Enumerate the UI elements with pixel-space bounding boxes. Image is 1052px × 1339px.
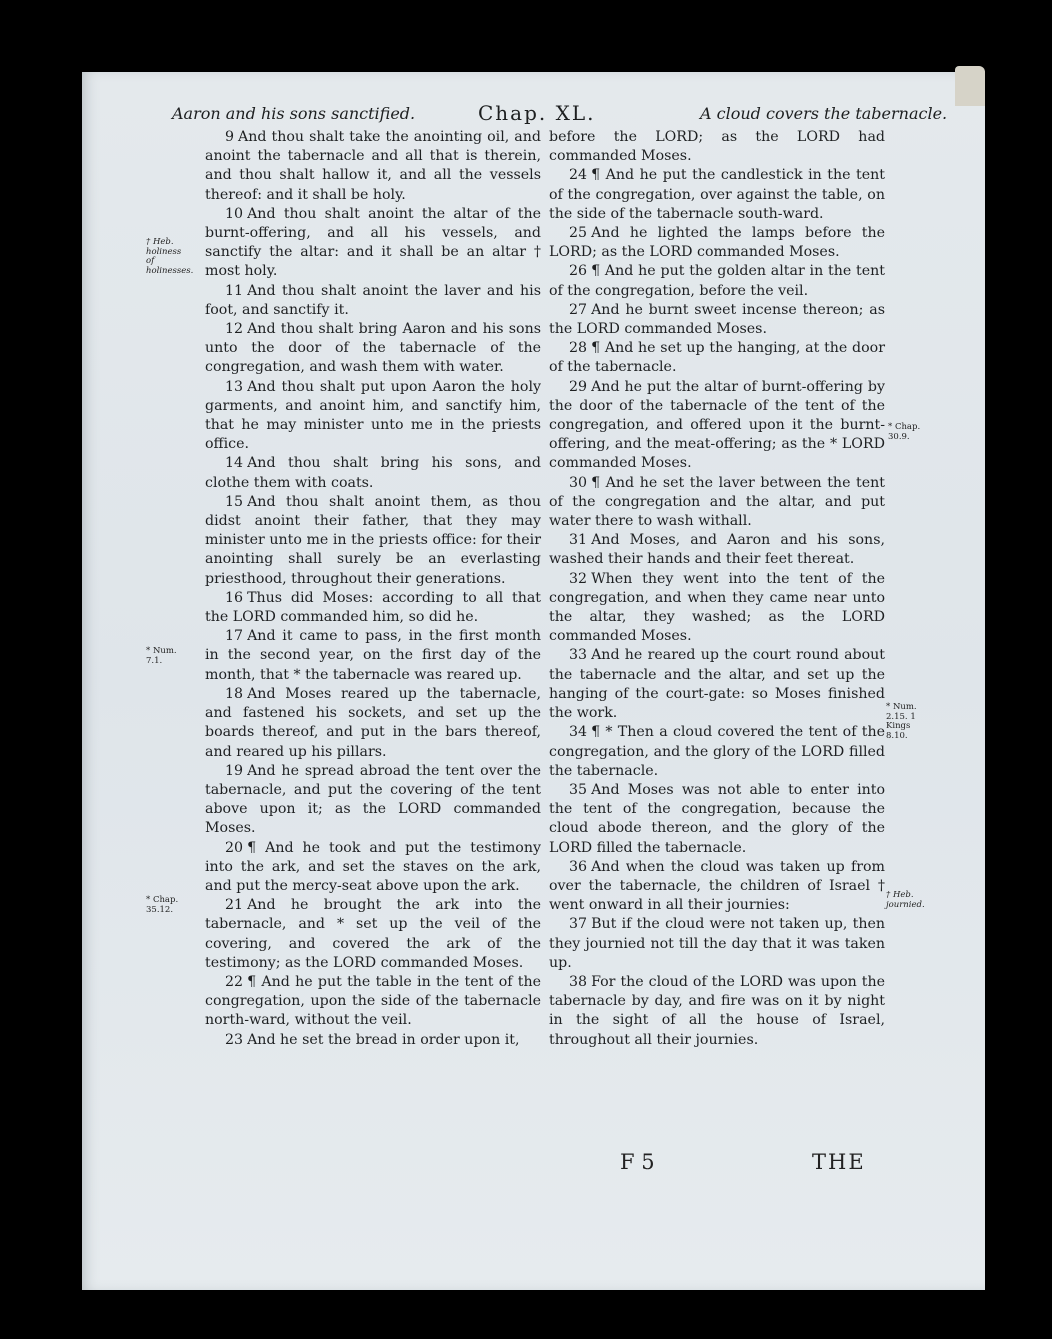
verse: 36And when the cloud was taken up from o… bbox=[549, 858, 885, 916]
verse: 15And thou shalt anoint them, as thou di… bbox=[205, 493, 541, 589]
running-head-left: Aaron and his sons sanctified. bbox=[172, 104, 415, 123]
verse: 18And Moses reared up the tabernacle, an… bbox=[205, 685, 541, 762]
margin-note-num-7-1: * Num. 7.1. bbox=[146, 647, 186, 666]
verse: 35And Moses was not able to enter into t… bbox=[549, 781, 885, 858]
verse: 17And it came to pass, in the first mont… bbox=[205, 627, 541, 685]
verse: 12And thou shalt bring Aaron and his son… bbox=[205, 320, 541, 378]
verse: 9And thou shalt take the anointing oil, … bbox=[205, 128, 541, 205]
verse: 38For the cloud of the LORD was upon the… bbox=[549, 973, 885, 1050]
verse: 31And Moses, and Aaron and his sons, was… bbox=[549, 531, 885, 569]
verse: 28¶ And he set up the hanging, at the do… bbox=[549, 339, 885, 377]
verse: 19And he spread abroad the tent over the… bbox=[205, 762, 541, 839]
verse: 32When they went into the tent of the co… bbox=[549, 570, 885, 647]
verse: 30¶ And he set the laver between the ten… bbox=[549, 474, 885, 532]
catchword: THE bbox=[812, 1150, 866, 1174]
verse: 20¶ And he took and put the testimony in… bbox=[205, 839, 541, 897]
verse: 24¶ And he put the candlestick in the te… bbox=[549, 166, 885, 224]
verse: 26¶ And he put the golden altar in the t… bbox=[549, 262, 885, 300]
verse: 14And thou shalt bring his sons, and clo… bbox=[205, 454, 541, 492]
signature-mark: F 5 bbox=[620, 1150, 655, 1174]
verse-continuation: before the LORD; as the LORD had command… bbox=[549, 128, 885, 166]
verse: 34¶ * Then a cloud covered the tent of t… bbox=[549, 723, 885, 781]
verse: 25And he lighted the lamps before the LO… bbox=[549, 224, 885, 262]
verse: 10And thou shalt anoint the altar of the… bbox=[205, 205, 541, 282]
verse: 23And he set the bread in order upon it, bbox=[205, 1031, 541, 1050]
verse: 13And thou shalt put upon Aaron the holy… bbox=[205, 378, 541, 455]
verse: 22¶ And he put the table in the tent of … bbox=[205, 973, 541, 1031]
verse: 33And he reared up the court round about… bbox=[549, 646, 885, 723]
verse: 37But if the cloud were not taken up, th… bbox=[549, 915, 885, 973]
chapter-heading: Chap. XL. bbox=[478, 101, 596, 125]
margin-note-num-2-15: * Num. 2.15. 1 Kings 8.10. bbox=[886, 703, 932, 741]
verse: 16Thus did Moses: according to all that … bbox=[205, 589, 541, 627]
margin-note-heb-holiness: † Heb. holiness of holinesses. bbox=[146, 238, 188, 276]
right-column: before the LORD; as the LORD had command… bbox=[549, 128, 885, 1050]
margin-note-chap-30-9: * Chap. 30.9. bbox=[888, 423, 936, 442]
verse: 29And he put the altar of burnt-offering… bbox=[549, 378, 885, 474]
margin-note-chap-35-12: * Chap. 35.12. bbox=[146, 896, 186, 915]
verse: 11And thou shalt anoint the laver and hi… bbox=[205, 282, 541, 320]
running-head-right: A cloud covers the tabernacle. bbox=[700, 104, 947, 123]
verse: 21And he brought the ark into the tabern… bbox=[205, 896, 541, 973]
running-head: Aaron and his sons sanctified. Chap. XL.… bbox=[0, 104, 1052, 128]
margin-note-heb-journied: † Heb. journied. bbox=[886, 891, 932, 910]
left-column: 9And thou shalt take the anointing oil, … bbox=[205, 128, 541, 1050]
verse: 27And he burnt sweet incense thereon; as… bbox=[549, 301, 885, 339]
